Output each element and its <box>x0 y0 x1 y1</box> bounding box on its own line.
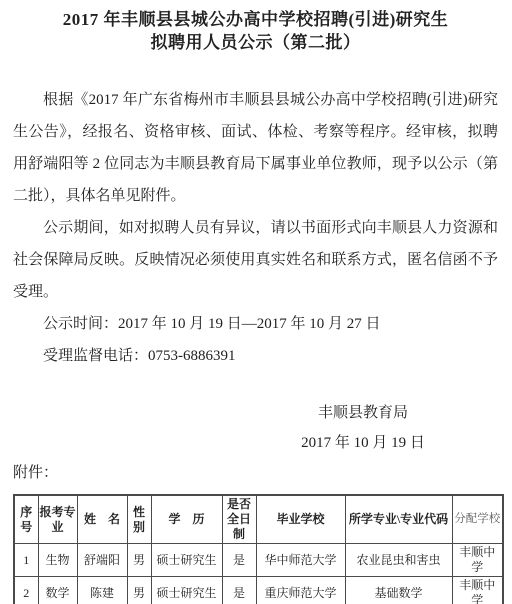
column-header: 所学专业\专业代码 <box>345 495 452 544</box>
table-cell: 生物 <box>38 544 77 577</box>
table-cell: 男 <box>127 577 151 604</box>
table-head: 序号报考专业姓 名性别学 历是否全日制毕业学校所学专业\专业代码分配学校 <box>14 495 503 544</box>
table-cell: 基础数学 <box>345 577 452 604</box>
table-cell: 1 <box>14 544 38 577</box>
table-row: 2数学陈建男硕士研究生是重庆师范大学基础数学丰顺中学 <box>14 577 503 604</box>
column-header: 序号 <box>14 495 38 544</box>
attachment-label: 附件： <box>13 462 498 484</box>
table-cell: 2 <box>14 577 38 604</box>
table-cell: 陈建 <box>77 577 127 604</box>
column-header: 学 历 <box>151 495 222 544</box>
table-cell: 硕士研究生 <box>151 544 222 577</box>
hired-candidates-table: 序号报考专业姓 名性别学 历是否全日制毕业学校所学专业\专业代码分配学校 1生物… <box>13 494 504 604</box>
column-header: 毕业学校 <box>256 495 345 544</box>
table-cell: 丰顺中学 <box>452 577 503 604</box>
column-header: 报考专业 <box>38 495 77 544</box>
table-row: 1生物舒端阳男硕士研究生是华中师范大学农业昆虫和害虫丰顺中学 <box>14 544 503 577</box>
signature-organization: 丰顺县教育局 <box>238 398 488 428</box>
announcement-document: 2017 年丰顺县县城公办高中学校招聘(引进)研究生 拟聘用人员公示（第二批） … <box>0 0 512 604</box>
signature-date: 2017 年 10 月 19 日 <box>238 428 488 458</box>
table-cell: 丰顺中学 <box>452 544 503 577</box>
signature-block: 丰顺县教育局 2017 年 10 月 19 日 <box>238 398 488 458</box>
table-cell: 硕士研究生 <box>151 577 222 604</box>
table-cell: 男 <box>127 544 151 577</box>
table-cell: 重庆师范大学 <box>256 577 345 604</box>
document-title: 2017 年丰顺县县城公办高中学校招聘(引进)研究生 拟聘用人员公示（第二批） <box>13 8 498 54</box>
table-cell: 是 <box>222 544 256 577</box>
table-cell: 是 <box>222 577 256 604</box>
column-header: 性别 <box>127 495 151 544</box>
column-header: 姓 名 <box>77 495 127 544</box>
title-line-2: 拟聘用人员公示（第二批） <box>13 31 498 54</box>
table-header-row: 序号报考专业姓 名性别学 历是否全日制毕业学校所学专业\专业代码分配学校 <box>14 495 503 544</box>
paragraph-supervision-phone: 受理监督电话：0753-6886391 <box>13 340 498 372</box>
title-line-1: 2017 年丰顺县县城公办高中学校招聘(引进)研究生 <box>13 8 498 31</box>
document-body: 根据《2017 年广东省梅州市丰顺县县城公办高中学校招聘(引进)研究生公告》，经… <box>13 84 498 372</box>
paragraph-basis: 根据《2017 年广东省梅州市丰顺县县城公办高中学校招聘(引进)研究生公告》，经… <box>13 84 498 212</box>
table-cell: 舒端阳 <box>77 544 127 577</box>
table-body: 1生物舒端阳男硕士研究生是华中师范大学农业昆虫和害虫丰顺中学2数学陈建男硕士研究… <box>14 544 503 604</box>
column-header: 分配学校 <box>452 495 503 544</box>
table-cell: 数学 <box>38 577 77 604</box>
paragraph-publicity-period: 公示时间：2017 年 10 月 19 日—2017 年 10 月 27 日 <box>13 308 498 340</box>
paragraph-objection-notice: 公示期间，如对拟聘人员有异议，请以书面形式向丰顺县人力资源和社会保障局反映。反映… <box>13 212 498 308</box>
table-cell: 华中师范大学 <box>256 544 345 577</box>
column-header: 是否全日制 <box>222 495 256 544</box>
table-cell: 农业昆虫和害虫 <box>345 544 452 577</box>
